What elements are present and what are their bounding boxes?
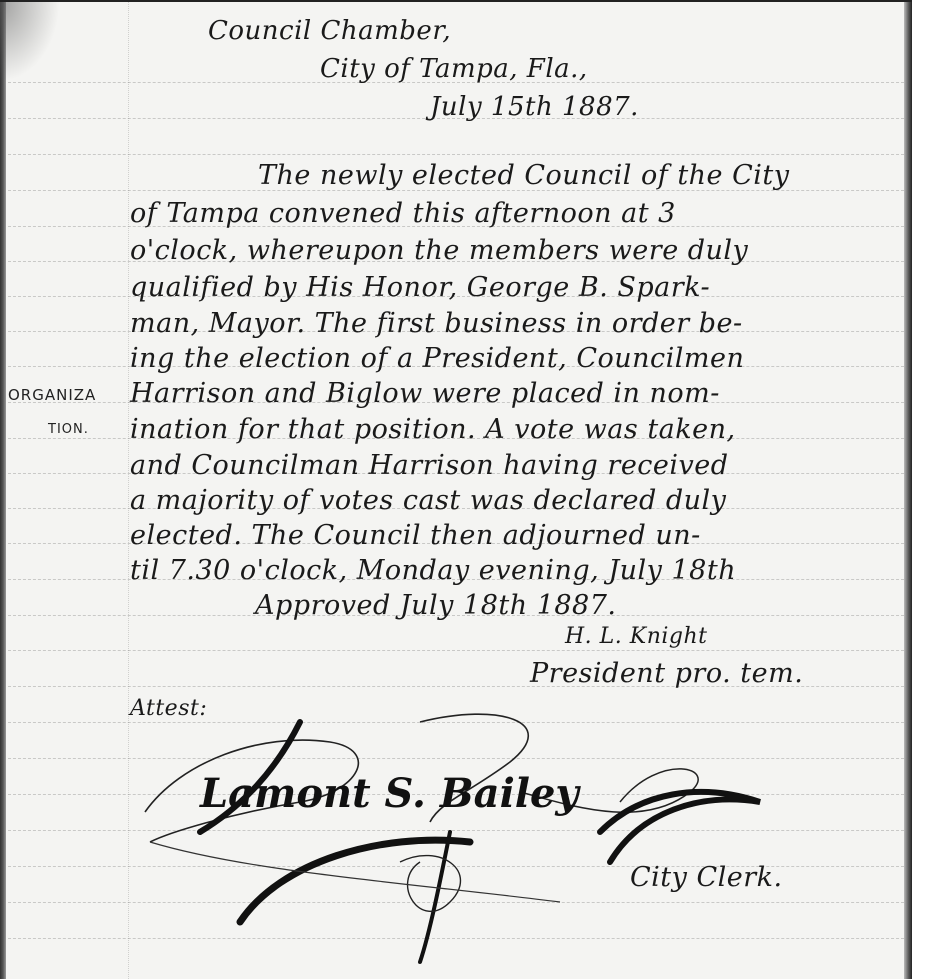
body-line-10: a majority of votes cast was declared du… <box>130 485 726 516</box>
ruled-line <box>8 758 904 759</box>
approval-text: Approved July 18th 1887. <box>255 590 616 621</box>
margin-rule <box>128 2 129 979</box>
body-line-12: til 7.30 o'clock, Monday evening, July 1… <box>130 555 736 586</box>
approval-signer: H. L. Knight <box>565 624 708 649</box>
margin-note-organization-line2: TION. <box>48 422 89 437</box>
ruled-line <box>8 650 904 651</box>
page-left-edge <box>0 2 6 979</box>
heading-city: City of Tampa, Fla., <box>320 54 588 84</box>
ruled-line <box>8 938 904 939</box>
heading-date: July 15th 1887. <box>430 92 639 122</box>
body-line-6: ing the election of a President, Council… <box>130 343 744 374</box>
ruled-line <box>8 722 904 723</box>
body-line-9: and Councilman Harrison having received <box>130 450 729 481</box>
ruled-line <box>8 154 904 155</box>
margin-note-organization-line1: ORGANIZA <box>8 386 96 404</box>
page-smudge <box>0 2 60 82</box>
ruled-line <box>8 830 904 831</box>
scan-margin <box>912 0 936 979</box>
body-line-11: elected. The Council then adjourned un- <box>130 520 701 551</box>
body-line-8: ination for that position. A vote was ta… <box>130 414 736 445</box>
body-line-7: Harrison and Biglow were placed in nom- <box>130 378 720 409</box>
body-line-2: of Tampa convened this afternoon at 3 <box>130 198 676 229</box>
clerk-signature: Lamont S. Bailey <box>200 770 579 817</box>
body-line-1: The newly elected Council of the City <box>258 160 790 191</box>
body-line-4: qualified by His Honor, George B. Spark- <box>130 272 710 303</box>
heading-location: Council Chamber, <box>208 16 451 46</box>
body-line-5: man, Mayor. The first business in order … <box>130 308 743 339</box>
body-line-3: o'clock, whereupon the members were duly <box>130 235 748 266</box>
clerk-title: City Clerk. <box>630 862 783 893</box>
ruled-line <box>8 902 904 903</box>
attest-label: Attest: <box>130 696 207 721</box>
approval-signer-title: President pro. tem. <box>530 658 803 689</box>
document-page: Council Chamber, City of Tampa, Fla., Ju… <box>0 0 912 979</box>
page-right-edge <box>904 2 912 979</box>
